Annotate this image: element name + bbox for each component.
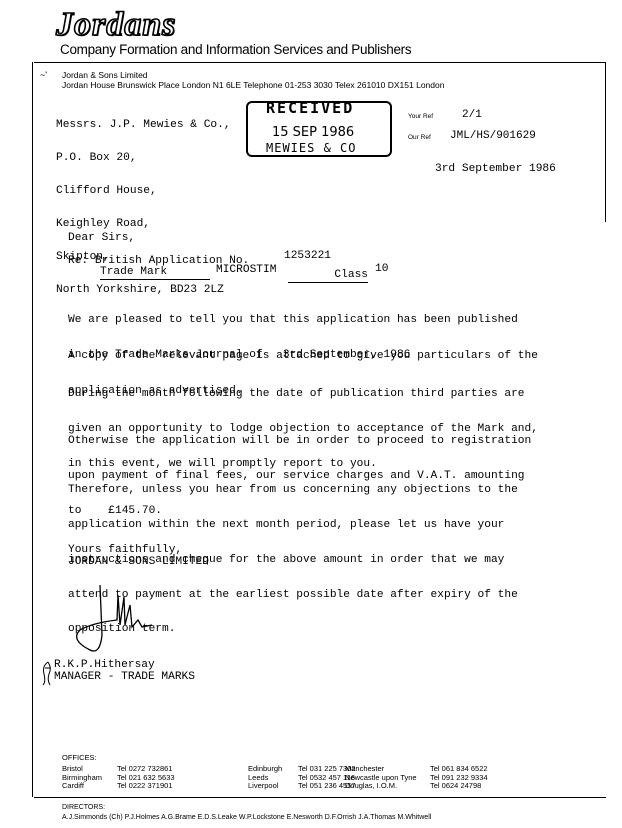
- trade-mark-label: Trade Mark: [100, 267, 210, 280]
- frame-divider-bottom: [34, 797, 606, 798]
- directors-names: A.J.Simmonds (Ch) P.J.Holmes A.G.Brame E…: [62, 814, 431, 821]
- application-number: 1253221: [284, 251, 331, 263]
- paragraph-line: During the month following the date of p…: [68, 389, 538, 401]
- signing-company: JORDAN & SONS LIMITED: [68, 557, 209, 569]
- stamp-heading: RECEIVED: [266, 99, 354, 117]
- letter-date: 3rd September 1986: [435, 164, 556, 175]
- tick-mark-icon: ~': [40, 70, 47, 80]
- stamp-footer: MEWIES & CO: [266, 141, 356, 155]
- address-line: P.O. Box 20,: [56, 153, 231, 164]
- offices-column-1: BristolTel 0272 732861 BirminghamTel 021…: [62, 765, 175, 791]
- class-number: 10: [375, 264, 388, 276]
- our-ref-value: JML/HS/901629: [450, 130, 536, 142]
- signatory-name: R.K.P.Hithersay: [54, 660, 155, 672]
- frame-divider-right: [605, 62, 606, 222]
- signature-icon: [72, 585, 182, 665]
- company-tagline: Company Formation and Information Servic…: [60, 42, 411, 57]
- company-address: Jordan House Brunswick Place London N1 6…: [62, 80, 444, 90]
- office-tel: Tel 0624 24798: [430, 781, 481, 790]
- valediction: Yours faithfully,: [68, 545, 182, 557]
- address-line: Clifford House,: [56, 186, 231, 197]
- address-line: Keighley Road,: [56, 219, 231, 230]
- office-city: Douglas, I.O.M.: [345, 782, 430, 791]
- office-city: Liverpool: [248, 782, 298, 791]
- office-city: Cardiff: [62, 782, 117, 791]
- offices-heading: OFFICES:: [62, 754, 97, 763]
- frame-divider-left: [32, 62, 33, 797]
- company-name: Jordan & Sons Limited: [62, 70, 148, 80]
- stamp-date: 15 SEP 1986: [272, 125, 354, 140]
- signatory-title: MANAGER - TRADE MARKS: [54, 672, 195, 684]
- your-ref-value: 2/1: [462, 109, 482, 121]
- paragraph-line: Therefore, unless you hear from us conce…: [68, 485, 518, 497]
- offices-column-3: ManchesterTel 061 834 6522 Newcastle upo…: [345, 765, 488, 791]
- our-ref-label: Our Ref: [408, 134, 431, 141]
- paragraph-line: A copy of the relevant page is attached …: [68, 351, 538, 363]
- your-ref-label: Your Ref: [408, 113, 433, 120]
- class-label: Class: [288, 270, 368, 283]
- salutation: Dear Sirs,: [68, 233, 135, 245]
- directors-heading: DIRECTORS:: [62, 804, 105, 811]
- jordans-logo: Jordans: [56, 8, 176, 42]
- address-line: Messrs. J.P. Mewies & Co.,: [56, 120, 231, 131]
- trade-mark-name: MICROSTIM: [216, 265, 276, 277]
- paragraph-line: We are pleased to tell you that this app…: [68, 315, 518, 327]
- office-tel: Tel 0222 371901: [117, 781, 172, 790]
- initial-mark-icon: [40, 660, 54, 686]
- frame-divider-top: [34, 62, 606, 63]
- paragraph-line: Otherwise the application will be in ord…: [68, 436, 531, 448]
- offices-column-2: EdinburghTel 031 225 7302 LeedsTel 0532 …: [248, 765, 356, 791]
- paragraph-line: application within the next month period…: [68, 520, 518, 532]
